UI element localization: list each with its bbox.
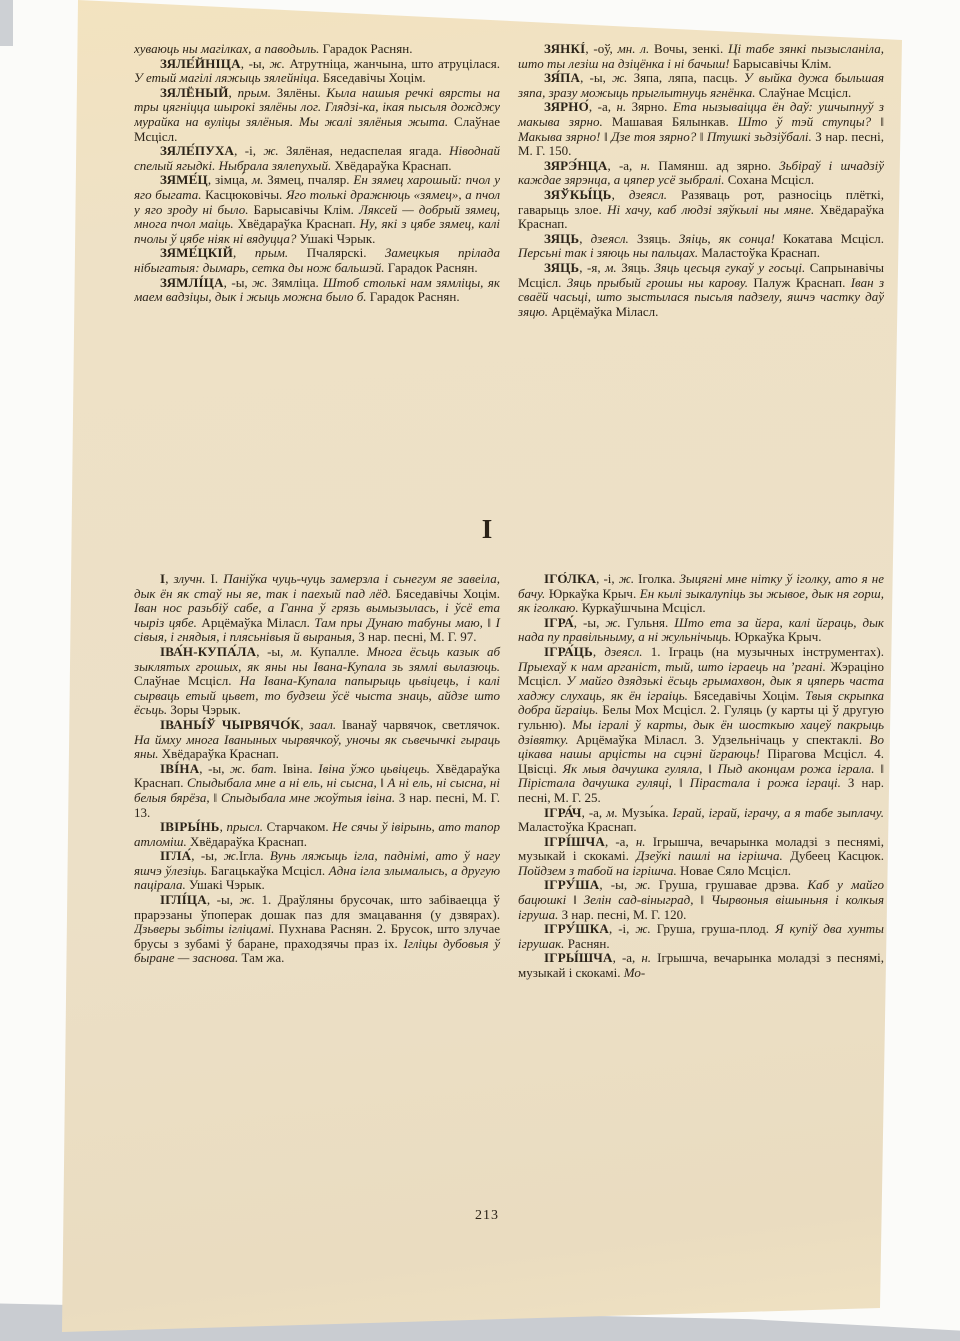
italic-text: Персьні так і зяюць ны пальцах. xyxy=(518,245,698,260)
scanned-page: хуваюць ны магілках, а паводыль. Гарадок… xyxy=(34,0,934,1341)
regular-text: Іголка. xyxy=(634,572,679,586)
regular-text: Груша, грушавае дрэва. xyxy=(651,877,808,892)
dictionary-entry: хуваюць ны магілках, а паводыль. Гарадок… xyxy=(134,42,500,57)
italic-text: м. xyxy=(291,644,303,659)
italic-text: Зяць прыбый грошы ны карову. xyxy=(567,275,748,290)
dictionary-entry: І, злучн. І. Паніўка чуць-чуць замерзла … xyxy=(134,572,500,645)
italic-text: прысл. xyxy=(227,819,264,834)
regular-text: , -ы, xyxy=(599,877,635,892)
page-number: 213 xyxy=(134,1208,840,1224)
regular-text: Зяць. xyxy=(617,260,655,275)
headword: ЗЯЦЬ xyxy=(544,231,579,246)
regular-text: , -і, xyxy=(596,572,619,586)
regular-text: , -а, xyxy=(605,834,636,849)
headword: ЗЯРНО́ xyxy=(544,99,589,114)
regular-text: Юркаўка Крыч. xyxy=(731,629,821,644)
section-letter: І xyxy=(482,514,493,544)
regular-text: , -ы, xyxy=(199,761,230,776)
regular-text: Барысавічы Клім. xyxy=(248,202,358,217)
italic-text: м. xyxy=(252,172,264,187)
dictionary-entry: ЗЯЛЕ́ПУХА, -і, ж. Зялёная, недаспелая яг… xyxy=(134,144,500,173)
regular-text: Хвёдараўка Краснап. xyxy=(331,158,451,173)
dictionary-entry: ІГЛА́, -ы, ж.Ігла. Вунь ляжыць ігла, пад… xyxy=(134,849,500,893)
regular-text: Зяпа, ляпа, пасць. xyxy=(627,70,743,85)
regular-text: Хвёдараўка Краснап. xyxy=(234,216,360,231)
italic-text: н. xyxy=(641,950,651,965)
italic-text: Дзьверы зьбіты ігліцамі. xyxy=(134,921,274,936)
headword: ІГРА́ xyxy=(544,615,574,630)
dictionary-entry: ІВА́Н-КУПА́ЛА, -ы, м. Купалле. Многа ёсь… xyxy=(134,645,500,718)
italic-text: Івіна ўжо цьвіцець. xyxy=(318,761,430,776)
italic-text: хуваюць ны магілках, а паводыль. xyxy=(134,42,319,56)
left-column-section-z: хуваюць ны магілках, а паводыль. Гарадок… xyxy=(134,42,500,508)
regular-text: Ушакі Чэрык. xyxy=(186,877,265,892)
regular-text: Маластоўка Краснап. xyxy=(698,245,820,260)
dictionary-entry: ІГРУ́ШКА, -і, ж. Груша, груша-плод. Я ку… xyxy=(518,922,884,951)
headword: ЗЯЛЁНЫЙ xyxy=(160,85,229,100)
headword: ІГРА́ЦЬ xyxy=(544,644,593,659)
headword: ЗЯЦЬ xyxy=(544,260,579,275)
left-column-section-i: І, злучн. І. Паніўка чуць-чуць замерзла … xyxy=(134,572,500,1200)
regular-text: , -я, xyxy=(579,260,605,275)
dictionary-entry: ІВАНЫ́Ў ЧЫРВЯЧО́К, заал. Іванаў чарвячок… xyxy=(134,718,500,762)
italic-text: У етый магілі ляжыць зялейніца. xyxy=(134,70,320,85)
regular-text: , -ы, xyxy=(241,56,270,71)
regular-text: Старчаком. xyxy=(263,819,332,834)
regular-text: , -а, xyxy=(589,99,617,114)
italic-text: Ні хачу, каб людзі зяўкылі ны мяне. xyxy=(607,202,814,217)
italic-text: Мо- xyxy=(624,965,645,980)
headword: ЗЯЛЕ́ЙНІЦА xyxy=(160,56,241,71)
dictionary-entry: ІГРІ́ШЧА, -а, н. Ігрышча, вечарынка мола… xyxy=(518,835,884,879)
italic-text: прым. xyxy=(255,245,288,260)
regular-text: Атрутніца, жанчына, што атруцілася. xyxy=(285,56,500,71)
regular-text: З нар. песні, М. Г. 120. xyxy=(558,907,686,922)
italic-text: ж. xyxy=(263,143,278,158)
regular-text: Хвёдараўка Краснап. xyxy=(159,746,279,761)
dictionary-entry: ІВІ́НА, -ы, ж. бат. Івіна. Івіна ўжо цьв… xyxy=(134,762,500,820)
regular-text: , xyxy=(300,717,309,732)
dictionary-entry: ІГО́ЛКА, -і, ж. Іголка. Зыцягні мне нітк… xyxy=(518,572,884,616)
regular-text: Барысавічы Клім. xyxy=(730,56,832,71)
regular-text: , -ы, xyxy=(207,892,240,907)
dictionary-entry: ЗЯ́ПА, -ы, ж. Зяпа, ляпа, пасць. У выйка… xyxy=(518,71,884,100)
regular-text: , -ы, xyxy=(256,644,291,659)
italic-text: дзеясл. xyxy=(591,231,629,246)
regular-text: , xyxy=(220,819,227,834)
regular-text: Хвёдараўка Краснап. xyxy=(187,834,307,849)
italic-text: ж. бат. xyxy=(230,761,277,776)
section-divider: І xyxy=(134,508,840,572)
italic-text: Зяць цесьця гукаў у госьці. xyxy=(654,260,805,275)
regular-text: Гарадок Раснян. xyxy=(319,42,412,56)
italic-text: ж. xyxy=(619,572,634,586)
regular-text: Бяседавічы Хоцім. xyxy=(391,586,500,601)
italic-text: Пойдзем з табой на ігрішча. xyxy=(518,863,677,878)
regular-text: , xyxy=(579,231,590,246)
regular-text: Юркаўка Крыч. xyxy=(545,586,640,601)
dictionary-entry: ІГРУ́ША, -ы, ж. Груша, грушавае дрэва. К… xyxy=(518,878,884,922)
regular-text: Там жа. xyxy=(238,950,284,965)
regular-text: Купалле. xyxy=(303,644,367,659)
regular-text: Машавая Бялынкав. xyxy=(603,114,738,129)
italic-text: мн. л. xyxy=(618,42,650,56)
dictionary-entry: ІВІРЫ́НЬ, прысл. Старчаком. Не сячы ў ів… xyxy=(134,820,500,849)
regular-text: 1. Іграць (на музычных інструментах). xyxy=(643,644,884,659)
regular-text: Арцёмаўка Міласл. xyxy=(548,304,658,319)
regular-text: Слаўнае Мсцісл. xyxy=(134,673,240,688)
regular-text: Зямец, пчаляр. xyxy=(263,172,353,187)
italic-text: злучн. xyxy=(174,572,206,586)
regular-text: , xyxy=(229,85,238,100)
headword: ІВА́Н-КУПА́ЛА xyxy=(160,644,256,659)
dictionary-entry: ЗЯЦЬ, дзеясл. Ззяць. Зяіць, як сонца! Ко… xyxy=(518,232,884,261)
dictionary-entry: ЗЯРНО́, -а, н. Зярно. Ета нызываіцца ён … xyxy=(518,100,884,158)
regular-text: Іванаў чарвячок, светлячок. xyxy=(336,717,500,732)
italic-text: ж. xyxy=(635,921,650,936)
headword: ЗЯ́ПА xyxy=(544,70,580,85)
regular-text: Зоры Чэрык. xyxy=(167,702,241,717)
italic-text: ж. xyxy=(635,877,650,892)
regular-text: , зімца́, xyxy=(208,172,252,187)
dictionary-entry: ІГРЫ́ШЧА, -а, н. Ігрышча, вечарынка мола… xyxy=(518,951,884,980)
regular-text: , -і, xyxy=(234,143,263,158)
italic-text: заал. xyxy=(309,717,336,732)
italic-text: ж. xyxy=(224,848,239,863)
regular-text: І. xyxy=(206,572,224,586)
regular-text: , -ы, xyxy=(580,70,612,85)
regular-text: Зямліца. xyxy=(267,275,323,290)
regular-text: Багацькаўка Мсцісл. xyxy=(207,863,329,878)
italic-text: ж. xyxy=(252,275,267,290)
dictionary-entry: ЗЯЛЕ́ЙНІЦА, -ы, ж. Атрутніца, жанчына, ш… xyxy=(134,57,500,86)
regular-text: Арцёмаўка Міласл. 3. Удзельнічаць у спек… xyxy=(568,732,869,747)
headword: ІГРА́Ч xyxy=(544,805,582,820)
dictionary-entry: ІГЛІ́ЦА, -ы, ж. 1. Драўляны брусочак, шт… xyxy=(134,893,500,966)
section-i: І, злучн. І. Паніўка чуць-чуць замерзла … xyxy=(134,572,884,1200)
headword: ІГРУ́ШКА xyxy=(544,921,609,936)
dictionary-entry: ЗЯМЕ́ЦКІЙ, прым. Пчалярскі. Замецкыя прі… xyxy=(134,246,500,275)
italic-text: прым. xyxy=(238,85,271,100)
italic-text: ж. xyxy=(270,56,285,71)
headword: ІВІРЫ́НЬ xyxy=(160,819,220,834)
dictionary-entry: ЗЯЛЁНЫЙ, прым. Зялёны. Кыла нашыя речкі … xyxy=(134,86,500,144)
regular-text: Гарадок Раснян. xyxy=(385,260,478,275)
regular-text: З нар. песні, М. Г. 97. xyxy=(355,629,477,644)
dictionary-entry: ІГРА́Ч, -а, м. Музы́ка. Іграй, іграй, іг… xyxy=(518,806,884,835)
regular-text: Бяседавічы Хоцім. xyxy=(688,688,805,703)
regular-text: Івіна. xyxy=(277,761,318,776)
regular-text: Ігла. xyxy=(239,848,270,863)
headword: ЗЯМЛІ́ЦА xyxy=(160,275,224,290)
regular-text: Ушакі Чэрык. xyxy=(296,231,375,246)
regular-text: Палуж Краснап. xyxy=(748,275,851,290)
regular-text: Зялёная, недаспелая ягада. xyxy=(279,143,450,158)
italic-text: Як мыя дачушка гуляла, ‖ Пыд аконцам рож… xyxy=(518,761,884,791)
regular-text: Новае Сяло Мсцісл. xyxy=(677,863,791,878)
italic-text: Іграй, іграй, іграчу, а я табе зыплачу. xyxy=(672,805,884,820)
regular-text: , xyxy=(593,644,604,659)
scan-edge-shadow xyxy=(0,0,13,46)
italic-text: Дзеўкі пашлі на ігрішча. xyxy=(636,848,782,863)
regular-text: Памянш. ад зярно. xyxy=(650,158,779,173)
regular-text: Дубеец Касцюк. xyxy=(783,848,884,863)
headword: ЗЯМЕ́ЦКІЙ xyxy=(160,245,233,260)
headword: ЗЯЛЕ́ПУХА xyxy=(160,143,234,158)
regular-text: Гульня. xyxy=(621,615,675,630)
section-z: хуваюць ны магілках, а паводыль. Гарадок… xyxy=(134,42,884,508)
regular-text: Маластоўка Краснап. xyxy=(518,819,637,834)
right-column-section-i: ІГО́ЛКА, -і, ж. Іголка. Зыцягні мне нітк… xyxy=(518,572,884,1200)
regular-text: Груша, груша-плод. xyxy=(651,921,775,936)
page-content: хуваюць ны магілках, а паводыль. Гарадок… xyxy=(34,0,884,1224)
regular-text: , -ы, xyxy=(224,275,252,290)
regular-text: Музы́ка. xyxy=(618,805,673,820)
dictionary-entry: ІГРА́ЦЬ, дзеясл. 1. Іграць (на музычных … xyxy=(518,645,884,806)
regular-text: Вочы, зенкі. xyxy=(649,42,728,56)
dictionary-entry: ЗЯЎКЫ́ЦЬ, дзеясл. Разяваць рот, разносіц… xyxy=(518,188,884,232)
dictionary-entry: ЗЯЦЬ, -я, м. Зяць. Зяць цесьця гукаў у г… xyxy=(518,261,884,319)
regular-text: , xyxy=(165,572,173,586)
regular-text: Бяседавічы Хоцім. xyxy=(320,70,426,85)
regular-text: , -і, xyxy=(609,921,635,936)
headword: ЗЯМЕ́Ц xyxy=(160,172,208,187)
dictionary-entry: ЗЯМЕ́Ц, зімца́, м. Зямец, пчаляр. Ен зям… xyxy=(134,173,500,246)
headword: ЗЯНКІ́ xyxy=(544,42,585,56)
italic-text: ж. xyxy=(605,615,620,630)
regular-text: , -а, xyxy=(613,950,642,965)
regular-text: Касцюковічы. xyxy=(202,187,286,202)
italic-text: м. xyxy=(605,260,617,275)
regular-text: Зярно. xyxy=(626,99,673,114)
headword: ІГЛІ́ЦА xyxy=(160,892,207,907)
italic-text: ж. xyxy=(612,70,627,85)
right-column-section-z: ЗЯНКІ́, -оў, мн. л. Вочы, зенкі. Ці табе… xyxy=(518,42,884,508)
regular-text: , xyxy=(612,187,629,202)
regular-text: , -ы, xyxy=(574,615,606,630)
italic-text: н. xyxy=(636,834,646,849)
headword: ІГРУ́ША xyxy=(544,877,599,892)
regular-text: Ззяць. xyxy=(629,231,679,246)
dictionary-entry: ЗЯРЭ́НЦА, -а, н. Памянш. ад зярно. Зьбір… xyxy=(518,159,884,188)
regular-text: , -оў, xyxy=(585,42,617,56)
headword: ЗЯЎКЫ́ЦЬ xyxy=(544,187,612,202)
regular-text: , -а, xyxy=(608,158,641,173)
headword: ІГРЫ́ШЧА xyxy=(544,950,613,965)
italic-text: дзеясл. xyxy=(604,644,642,659)
italic-text: дзеясл. xyxy=(629,187,667,202)
italic-text: ж. xyxy=(240,892,255,907)
regular-text: Сохана Мсцісл. xyxy=(725,172,815,187)
regular-text: Куркаўшчына Мсцісл. xyxy=(579,600,706,615)
regular-text: Арцёмаўка Міласл. xyxy=(197,615,315,630)
regular-text: Пчалярскі. xyxy=(288,245,385,260)
regular-text: Гарадок Раснян. xyxy=(367,289,460,304)
regular-text: Слаўнае Мсцісл. xyxy=(755,85,851,100)
regular-text: Раснян. xyxy=(564,936,609,951)
headword: ІГЛА́ xyxy=(160,848,191,863)
headword: ІВІ́НА xyxy=(160,761,199,776)
dictionary-entry: ІГРА́, -ы, ж. Гульня. Што ета за йгра, к… xyxy=(518,616,884,645)
italic-text: н. xyxy=(641,158,651,173)
regular-text: , -а, xyxy=(582,805,607,820)
headword: ЗЯРЭ́НЦА xyxy=(544,158,608,173)
headword: ІГРІ́ШЧА xyxy=(544,834,605,849)
dictionary-entry: ЗЯНКІ́, -оў, мн. л. Вочы, зенкі. Ці табе… xyxy=(518,42,884,71)
italic-text: м. xyxy=(606,805,618,820)
italic-text: Зяіць, як сонца! xyxy=(679,231,775,246)
headword: ІГО́ЛКА xyxy=(544,572,596,586)
italic-text: н. xyxy=(616,99,626,114)
headword: ІВАНЫ́Ў ЧЫРВЯЧО́К xyxy=(160,717,300,732)
regular-text: Кокатава Мсцісл. xyxy=(775,231,884,246)
regular-text: , -ы, xyxy=(191,848,223,863)
italic-text: Прыехаў к нам арганіст, тый, што іграець… xyxy=(518,659,826,674)
regular-text: , xyxy=(233,245,255,260)
dictionary-entry: ЗЯМЛІ́ЦА, -ы, ж. Зямліца. Штоб столькі н… xyxy=(134,276,500,305)
regular-text: Зялёны. xyxy=(271,85,326,100)
